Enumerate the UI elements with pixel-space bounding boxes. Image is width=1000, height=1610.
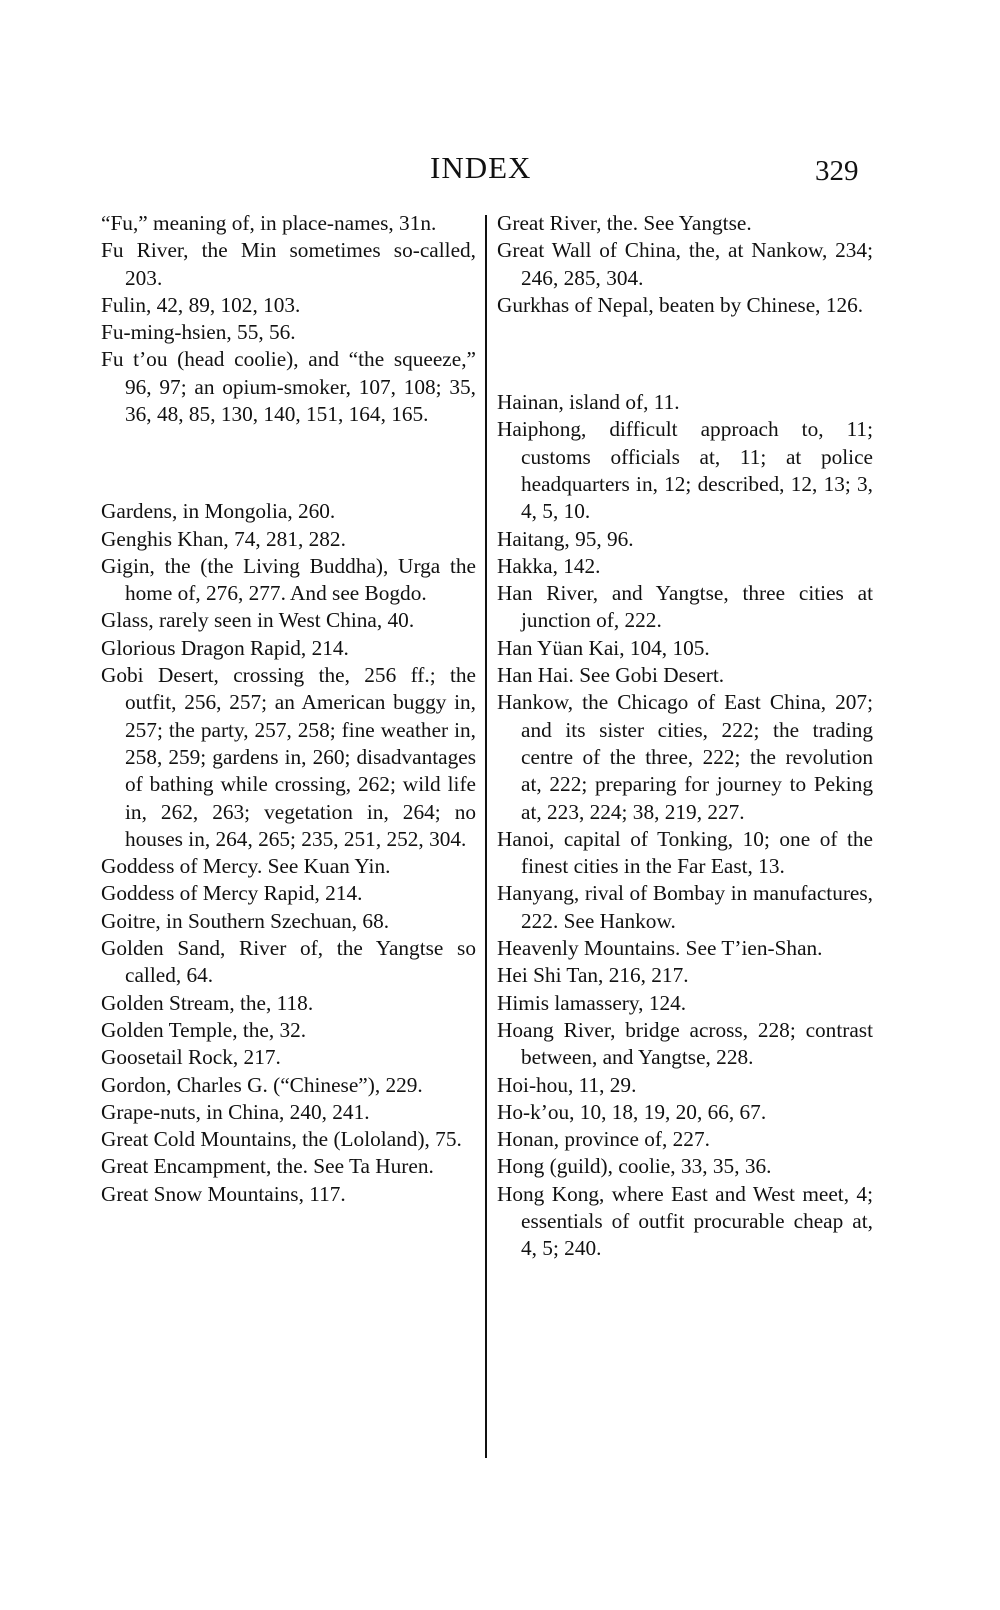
index-entry: Hakka, 142. [497,553,873,580]
index-entry: Hankow, the Chicago of East China, 207; … [497,689,873,825]
column-divider [485,215,487,1458]
index-entry: Great Snow Mountains, 117. [101,1181,476,1208]
index-entry: Fu River, the Min sometimes so-called, 2… [101,237,476,292]
section-gap [101,450,476,477]
index-entry: Hong Kong, where East and West meet, 4; … [497,1181,873,1263]
index-entry: Heavenly Mountains. See T’ien-Shan. [497,935,873,962]
index-entry: Hong (guild), coolie, 33, 35, 36. [497,1153,873,1180]
index-entry: Honan, province of, 227. [497,1126,873,1153]
index-entry: Goddess of Mercy Rapid, 214. [101,880,476,907]
index-entry: Fu-ming-hsien, 55, 56. [101,319,476,346]
index-entry: Great Wall of China, the, at Nankow, 234… [497,237,873,292]
index-entry: Goddess of Mercy. See Kuan Yin. [101,853,476,880]
index-entry: Han Yüan Kai, 104, 105. [497,635,873,662]
index-entry: Han Hai. See Gobi Desert. [497,662,873,689]
index-entry: Gigin, the (the Living Buddha), Urga the… [101,553,476,608]
index-entry: Gurkhas of Nepal, beaten by Chinese, 126… [497,292,873,319]
index-entry: Golden Temple, the, 32. [101,1017,476,1044]
index-entry: Hanyang, rival of Bombay in manufactures… [497,880,873,935]
index-entry: Great Cold Mountains, the (Lololand), 75… [101,1126,476,1153]
index-entry: Goosetail Rock, 217. [101,1044,476,1071]
index-column-left: “Fu,” meaning of, in place-names, 31n.Fu… [101,210,476,1208]
index-entry: Gardens, in Mongolia, 260. [101,498,476,525]
index-entry: Golden Stream, the, 118. [101,990,476,1017]
index-entry: Fulin, 42, 89, 102, 103. [101,292,476,319]
index-entry: Hoang River, bridge across, 228; contras… [497,1017,873,1072]
index-entry: “Fu,” meaning of, in place-names, 31n. [101,210,476,237]
index-entry: Glorious Dragon Rapid, 214. [101,635,476,662]
index-entry: Ho-k’ou, 10, 18, 19, 20, 66, 67. [497,1099,873,1126]
section-gap [497,340,873,367]
index-entry: Golden Sand, River of, the Yangtse so ca… [101,935,476,990]
index-column-right: Great River, the. See Yangtse.Great Wall… [497,210,873,1263]
page-title: INDEX [430,150,531,186]
index-entry: Fu t’ou (head coolie), and “the squeeze,… [101,346,476,428]
index-entry: Glass, rarely seen in West China, 40. [101,607,476,634]
index-entry: Hei Shi Tan, 216, 217. [497,962,873,989]
index-entry: Gobi Desert, crossing the, 256 ff.; the … [101,662,476,853]
index-entry: Haiphong, difficult approach to, 11; cus… [497,416,873,525]
index-entry: Great River, the. See Yangtse. [497,210,873,237]
index-entry: Grape-nuts, in China, 240, 241. [101,1099,476,1126]
index-entry: Han River, and Yangtse, three cities at … [497,580,873,635]
index-entry: Hainan, island of, 11. [497,389,873,416]
index-entry: Great Encampment, the. See Ta Huren. [101,1153,476,1180]
index-entry: Himis lamassery, 124. [497,990,873,1017]
index-entry: Gordon, Charles G. (“Chinese”), 229. [101,1072,476,1099]
index-entry: Hanoi, capital of Tonking, 10; one of th… [497,826,873,881]
index-entry: Goitre, in Southern Szechuan, 68. [101,908,476,935]
index-entry: Genghis Khan, 74, 281, 282. [101,526,476,553]
page-number: 329 [815,155,859,188]
index-entry: Hoi-hou, 11, 29. [497,1072,873,1099]
index-entry: Haitang, 95, 96. [497,526,873,553]
